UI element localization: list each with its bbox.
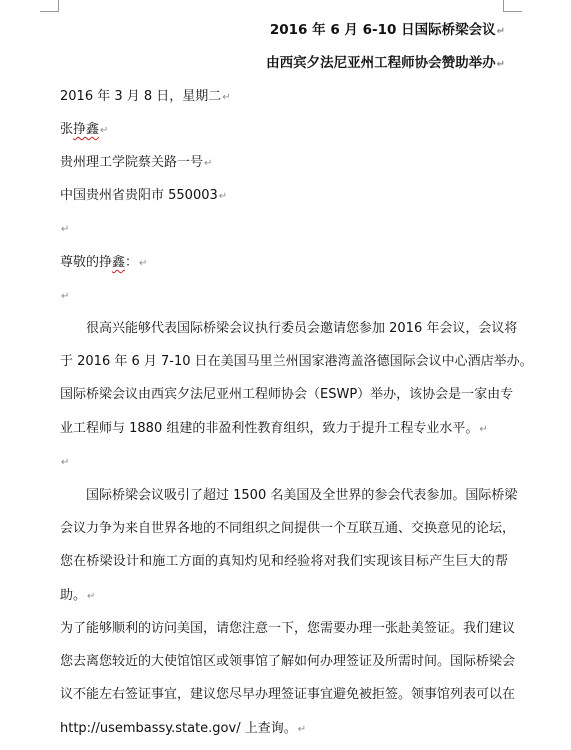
empty-paragraph[interactable]: ↵ xyxy=(60,452,512,472)
paragraph-mark-icon: ↵ xyxy=(139,258,147,269)
paragraph3-line[interactable]: http://usembassy.state.gov/ 上查询。↵ xyxy=(60,719,512,739)
paragraph2-line[interactable]: 您在桥梁设计和施工方面的真知灼见和经验将对我们实现该目标产生巨大的帮 xyxy=(60,552,508,572)
paragraph1-line[interactable]: 于 2016 年 6 月 7-10 日在美国马里兰州国家港湾盖洛德国际会议中心酒… xyxy=(60,352,508,372)
paragraph1-line[interactable]: 业工程师与 1880 组建的非盈利性教育组织，致力于提升工程专业水平。↵ xyxy=(60,419,512,439)
paragraph3-line[interactable]: 为了能够顺利的访问美国，请您注意一下，您需要办理一张赴美签证。我们建议 xyxy=(60,619,508,639)
paragraph-mark-icon: ↵ xyxy=(87,591,95,602)
paragraph-mark-icon: ↵ xyxy=(61,291,69,302)
paragraph-mark-icon: ↵ xyxy=(100,125,108,136)
page-corner-mark-right xyxy=(503,0,522,12)
page-corner-mark-left xyxy=(40,0,59,12)
paragraph-mark-icon: ↵ xyxy=(219,191,227,202)
recipient-name[interactable]: 张挣鑫↵ xyxy=(60,120,512,140)
header-title-line1[interactable]: 2016 年 6 月 6-10 日国际桥梁会议↵ xyxy=(60,20,505,40)
empty-paragraph[interactable]: ↵ xyxy=(60,286,512,306)
spelling-error-underline[interactable]: 鑫 xyxy=(112,255,125,270)
paragraph-mark-icon: ↵ xyxy=(298,724,306,735)
paragraph-mark-icon: ↵ xyxy=(222,92,230,103)
paragraph1-line[interactable]: 国际桥梁会议由西宾夕法尼亚州工程师协会（ESWP）举办，该协会是一家由专 xyxy=(60,385,508,405)
paragraph-mark-icon: ↵ xyxy=(479,424,487,435)
paragraph3-line[interactable]: 您去离您较近的大使馆馆区或领事馆了解如何办理签证及所需时间。国际桥梁会 xyxy=(60,652,508,672)
empty-paragraph[interactable]: ↵ xyxy=(60,219,512,239)
recipient-address-line2[interactable]: 中国贵州省贵阳市 550003↵ xyxy=(60,186,512,206)
letter-date[interactable]: 2016 年 3 月 8 日，星期二↵ xyxy=(60,87,512,107)
spelling-error-underline[interactable]: 挣鑫 xyxy=(73,122,99,137)
paragraph1-line[interactable]: 很高兴能够代表国际桥梁会议执行委员会邀请您参加 2016 年会议，会议将 xyxy=(60,319,508,339)
paragraph2-line[interactable]: 会议力争为来自世界各地的不同组织之间提供一个互联互通、交换意见的论坛， xyxy=(60,519,508,539)
recipient-address-line1[interactable]: 贵州理工学院蔡关路一号↵ xyxy=(60,153,512,173)
paragraph2-line[interactable]: 国际桥梁会议吸引了超过 1500 名美国及全世界的参会代表参加。国际桥梁 xyxy=(60,486,508,506)
paragraph2-line[interactable]: 助。↵ xyxy=(60,586,512,606)
header-title-line2[interactable]: 由西宾夕法尼亚州工程师协会赞助举办↵ xyxy=(60,53,505,73)
salutation[interactable]: 尊敬的挣鑫：↵ xyxy=(60,253,512,273)
paragraph-mark-icon: ↵ xyxy=(204,158,212,169)
paragraph-mark-icon: ↵ xyxy=(497,26,505,37)
paragraph-mark-icon: ↵ xyxy=(497,59,505,70)
paragraph3-line[interactable]: 议不能左右签证事宜，建议您尽早办理签证事宜避免被拒签。领事馆列表可以在 xyxy=(60,685,508,705)
paragraph-mark-icon: ↵ xyxy=(61,224,69,235)
paragraph-mark-icon: ↵ xyxy=(61,457,69,468)
